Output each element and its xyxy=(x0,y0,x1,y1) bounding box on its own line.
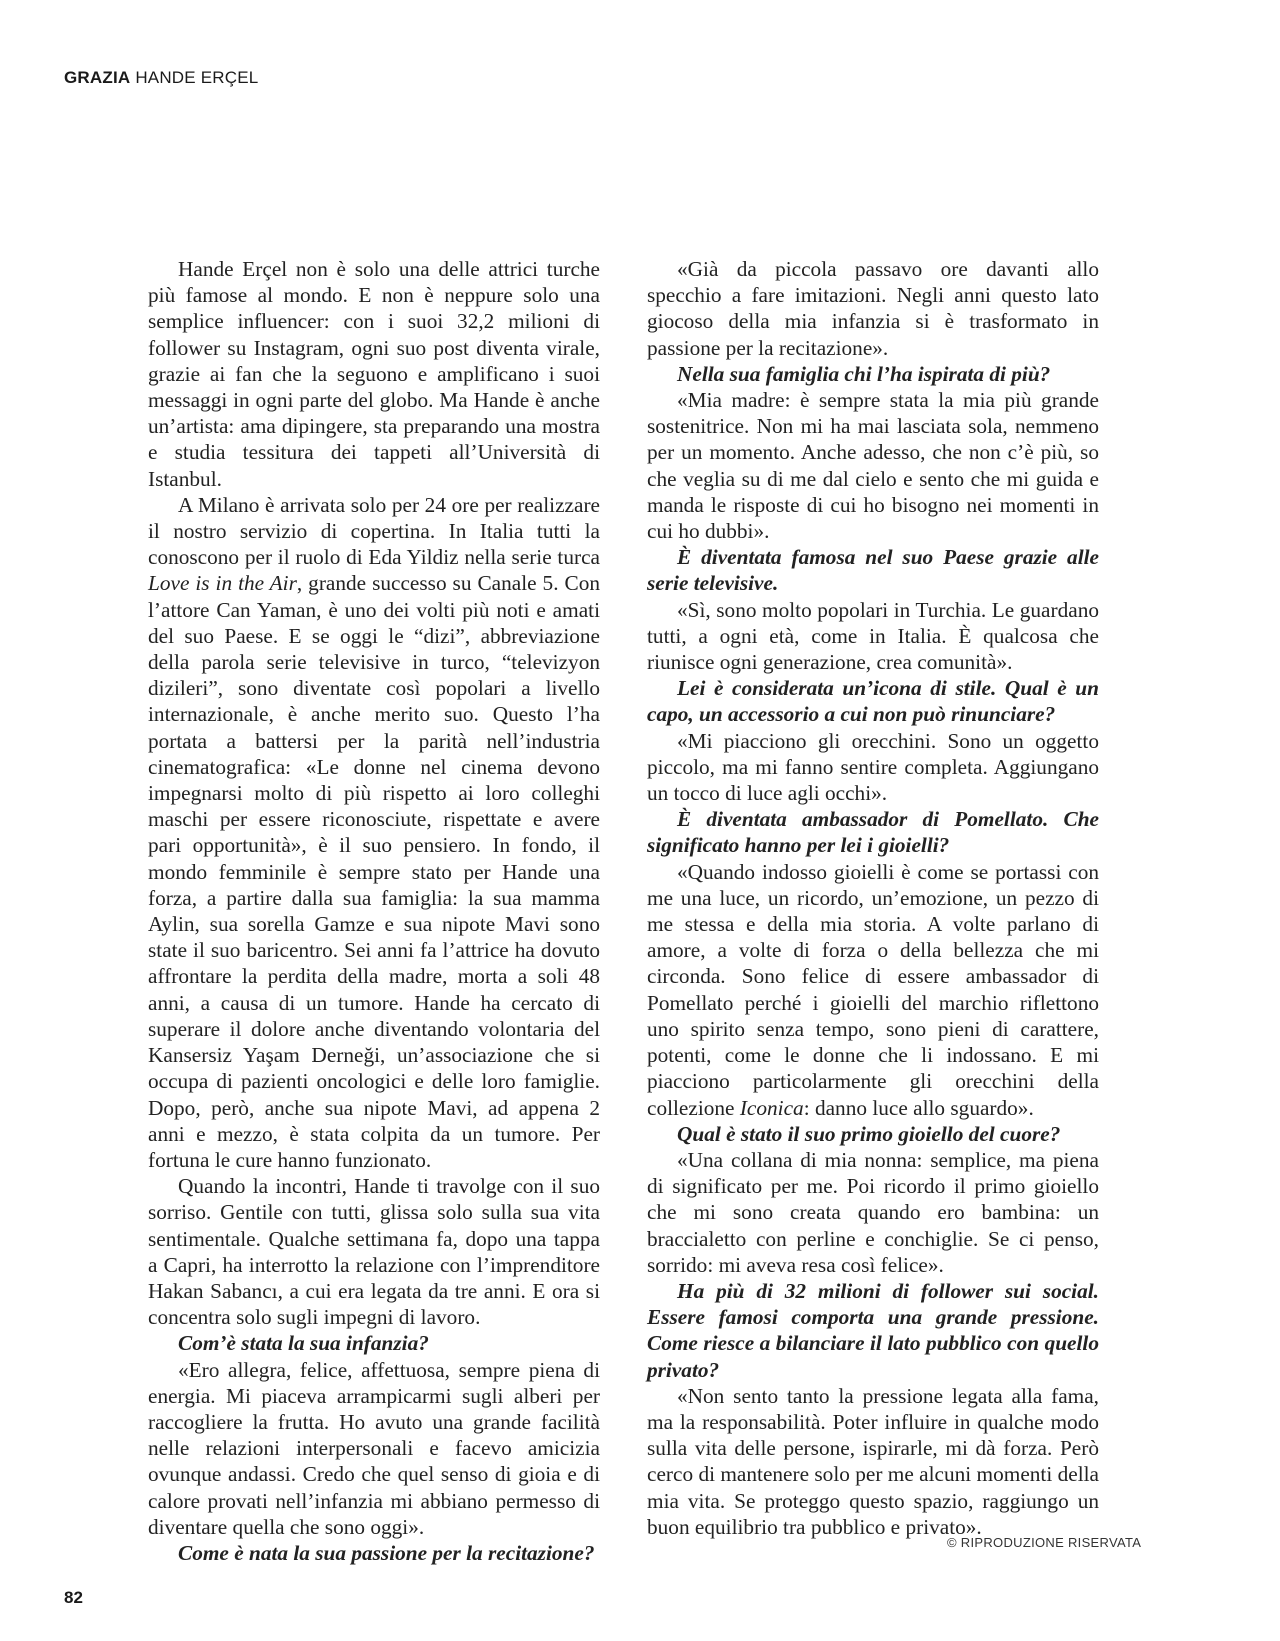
article-column-left: Hande Erçel non è solo una delle attrici… xyxy=(148,256,600,1566)
interview-question: Nella sua famiglia chi l’ha ispirata di … xyxy=(647,361,1099,387)
text-run: «Ero allegra, felice, affettuosa, sempre… xyxy=(148,1358,600,1539)
interview-question: Ha più di 32 milioni di follower sui soc… xyxy=(647,1278,1099,1383)
text-run: Nella sua famiglia chi l’ha ispirata di … xyxy=(677,362,1050,386)
text-run: «Non sento tanto la pressione legata all… xyxy=(647,1384,1099,1539)
text-run: , grande successo su Canale 5. Con l’att… xyxy=(148,571,600,1171)
copyright-notice: © RIPRODUZIONE RISERVATA xyxy=(947,1535,1141,1550)
text-run: «Mi piacciono gli orecchini. Sono un ogg… xyxy=(647,729,1099,805)
interview-question: Come è nata la sua passione per la recit… xyxy=(148,1540,600,1566)
italic-title: Iconica xyxy=(740,1096,804,1120)
text-run: «Mia madre: è sempre stata la mia più gr… xyxy=(647,388,1099,543)
text-run: Lei è considerata un’icona di stile. Qua… xyxy=(647,676,1099,726)
text-run: Com’è stata la sua infanzia? xyxy=(178,1331,429,1355)
magazine-brand: GRAZIA xyxy=(64,68,130,87)
interview-question: Lei è considerata un’icona di stile. Qua… xyxy=(647,675,1099,727)
text-run: Hande Erçel non è solo una delle attrici… xyxy=(148,257,600,491)
body-paragraph: «Mi piacciono gli orecchini. Sono un ogg… xyxy=(647,728,1099,807)
italic-title: Love is in the Air xyxy=(148,571,297,595)
text-run: : danno luce allo sguardo». xyxy=(804,1096,1034,1120)
body-paragraph: «Sì, sono molto popolari in Turchia. Le … xyxy=(647,597,1099,676)
body-paragraph: Quando la incontri, Hande ti travolge co… xyxy=(148,1173,600,1330)
text-run: Ha più di 32 milioni di follower sui soc… xyxy=(647,1279,1099,1382)
text-run: «Quando indosso gioielli è come se porta… xyxy=(647,860,1099,1120)
text-run: A Milano è arrivata solo per 24 ore per … xyxy=(148,493,600,569)
body-paragraph: «Ero allegra, felice, affettuosa, sempre… xyxy=(148,1357,600,1540)
text-run: È diventata famosa nel suo Paese grazie … xyxy=(647,545,1099,595)
section-title: HANDE ERÇEL xyxy=(135,68,258,87)
running-head: GRAZIA HANDE ERÇEL xyxy=(64,68,258,88)
body-paragraph: «Non sento tanto la pressione legata all… xyxy=(647,1383,1099,1540)
body-paragraph: «Quando indosso gioielli è come se porta… xyxy=(647,859,1099,1121)
body-paragraph: «Già da piccola passavo ore davanti allo… xyxy=(647,256,1099,361)
text-run: Come è nata la sua passione per la recit… xyxy=(178,1541,595,1565)
text-run: «Già da piccola passavo ore davanti allo… xyxy=(647,257,1099,360)
body-paragraph: «Mia madre: è sempre stata la mia più gr… xyxy=(647,387,1099,544)
text-run: Quando la incontri, Hande ti travolge co… xyxy=(148,1174,600,1329)
article-column-right: «Già da piccola passavo ore davanti allo… xyxy=(647,256,1099,1540)
text-run: «Una collana di mia nonna: semplice, ma … xyxy=(647,1148,1099,1277)
text-run: «Sì, sono molto popolari in Turchia. Le … xyxy=(647,598,1099,674)
interview-question: Qual è stato il suo primo gioiello del c… xyxy=(647,1121,1099,1147)
body-paragraph: «Una collana di mia nonna: semplice, ma … xyxy=(647,1147,1099,1278)
interview-question: Com’è stata la sua infanzia? xyxy=(148,1330,600,1356)
body-paragraph: Hande Erçel non è solo una delle attrici… xyxy=(148,256,600,492)
interview-question: È diventata famosa nel suo Paese grazie … xyxy=(647,544,1099,596)
interview-question: È diventata ambassador di Pomellato. Che… xyxy=(647,806,1099,858)
body-paragraph: A Milano è arrivata solo per 24 ore per … xyxy=(148,492,600,1173)
text-run: Qual è stato il suo primo gioiello del c… xyxy=(677,1122,1060,1146)
page-number: 82 xyxy=(64,1588,83,1608)
text-run: È diventata ambassador di Pomellato. Che… xyxy=(647,807,1099,857)
